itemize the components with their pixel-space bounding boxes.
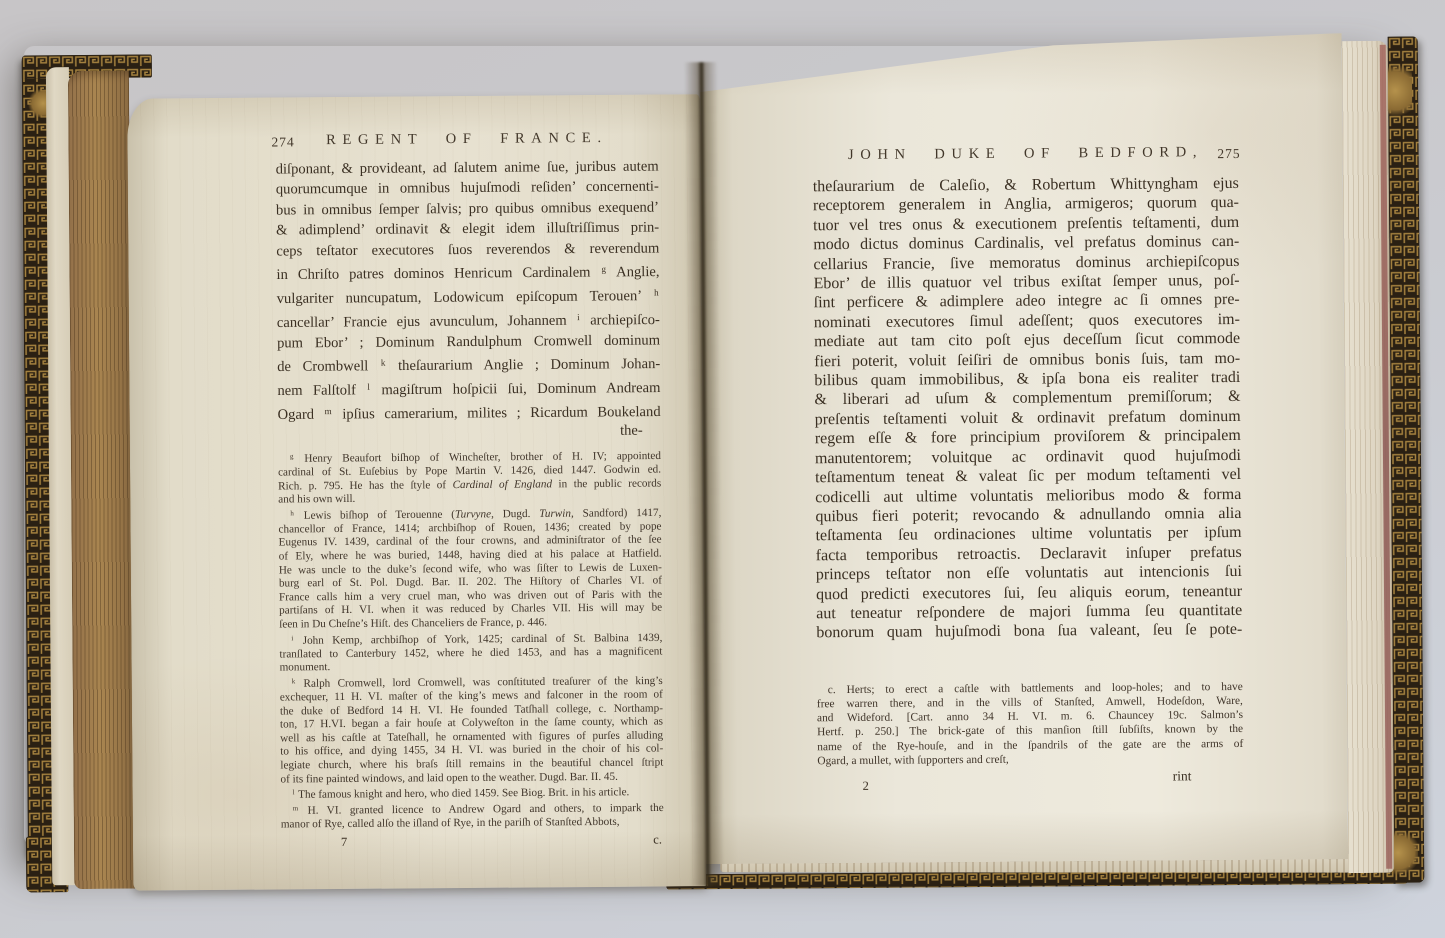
footnote: k Ralph Cromwell, lord Cromwell, was con… bbox=[280, 672, 664, 786]
left-running-title: REGENT OF FRANCE. bbox=[275, 129, 658, 149]
right-text-column: JOHN DUKE OF BEDFORD, 275 theſaurarium d… bbox=[813, 144, 1244, 794]
left-footnotes: g Henry Beaufort biſhop of Wincheſter, b… bbox=[278, 447, 664, 832]
page-gutter bbox=[684, 62, 724, 886]
right-signature-row: 2 rint bbox=[817, 768, 1243, 794]
text-line: princeps teſtator non eſſe voluntatis au… bbox=[816, 562, 1242, 585]
text-line: in Chriſto patres dominos Henricum Cardi… bbox=[276, 259, 659, 286]
text-line: nem Falſtolf l magiſtrum hoſpicii ſui, D… bbox=[277, 375, 660, 402]
right-footnotes: c. Herts; to erect a caſtle with battlem… bbox=[817, 680, 1244, 769]
text-line: bonorum quam hujuſmodi bona ſua valeant,… bbox=[816, 620, 1242, 643]
footnote: g Henry Beaufort biſhop of Wincheſter, b… bbox=[278, 447, 661, 507]
footnote: c. Herts; to erect a caſtle with battlem… bbox=[817, 680, 1244, 769]
right-signature-mark: 2 bbox=[862, 779, 868, 794]
left-main-text: diſponant, & provideant, ad ſalutem anim… bbox=[276, 156, 661, 425]
right-running-title: JOHN DUKE OF BEDFORD, bbox=[813, 144, 1239, 164]
right-catchword: rint bbox=[1173, 768, 1192, 791]
text-line: cancellar’ Francie ejus avunculum, Johan… bbox=[277, 306, 660, 333]
footnote-line: Ogard, a mullet, with ſupporters and cre… bbox=[817, 751, 1243, 769]
fore-edge-left bbox=[68, 71, 135, 889]
text-line: de Crombwell k theſaurarium Anglie ; Dom… bbox=[277, 351, 660, 378]
left-page-header: 274 REGENT OF FRANCE. bbox=[275, 129, 658, 154]
left-signature-mark: 7 bbox=[341, 835, 347, 850]
left-signature-row: 7 c. bbox=[281, 832, 664, 850]
right-page: JOHN DUKE OF BEDFORD, 275 theſaurarium d… bbox=[700, 33, 1348, 864]
text-line: teſtamentum teneat & valeat ſic per modu… bbox=[815, 465, 1241, 488]
text-line: quorumcumque in omnibus hujuſmodi reſide… bbox=[276, 177, 659, 200]
left-page: 274 REGENT OF FRANCE. diſponant, & provi… bbox=[127, 94, 706, 890]
right-main-text: theſaurarium de Caleſio, & Robertum Whit… bbox=[813, 174, 1243, 643]
text-line: Ogard m ipſius camerarium, milites ; Ric… bbox=[277, 399, 660, 426]
left-text-column: 274 REGENT OF FRANCE. diſponant, & provi… bbox=[275, 129, 664, 850]
footnote: h Lewis biſhop of Terouenne (Turvyne, Du… bbox=[278, 504, 662, 632]
photo-backdrop: 274 REGENT OF FRANCE. diſponant, & provi… bbox=[0, 0, 1445, 938]
left-catchword: the- bbox=[278, 422, 661, 445]
left-page-number: 274 bbox=[271, 134, 294, 150]
right-page-header: JOHN DUKE OF BEDFORD, 275 bbox=[813, 144, 1239, 169]
footnote: i John Kemp, archbiſhop of York, 1425; c… bbox=[279, 629, 662, 675]
left-footnote-catchword: c. bbox=[653, 832, 662, 847]
right-page-number: 275 bbox=[1217, 146, 1240, 162]
footnote: m H. VI. granted licence to Andrew Ogard… bbox=[281, 800, 664, 833]
footnote-line: manor of Rye, called alſo the iſland of … bbox=[281, 816, 664, 833]
text-line: & adimplend’ ordinavit & elegit idem ill… bbox=[276, 218, 659, 241]
open-book: 274 REGENT OF FRANCE. diſponant, & provi… bbox=[20, 31, 1425, 898]
text-line: vulgariter nuncupatum, Lodowicum epiſcop… bbox=[277, 282, 660, 309]
